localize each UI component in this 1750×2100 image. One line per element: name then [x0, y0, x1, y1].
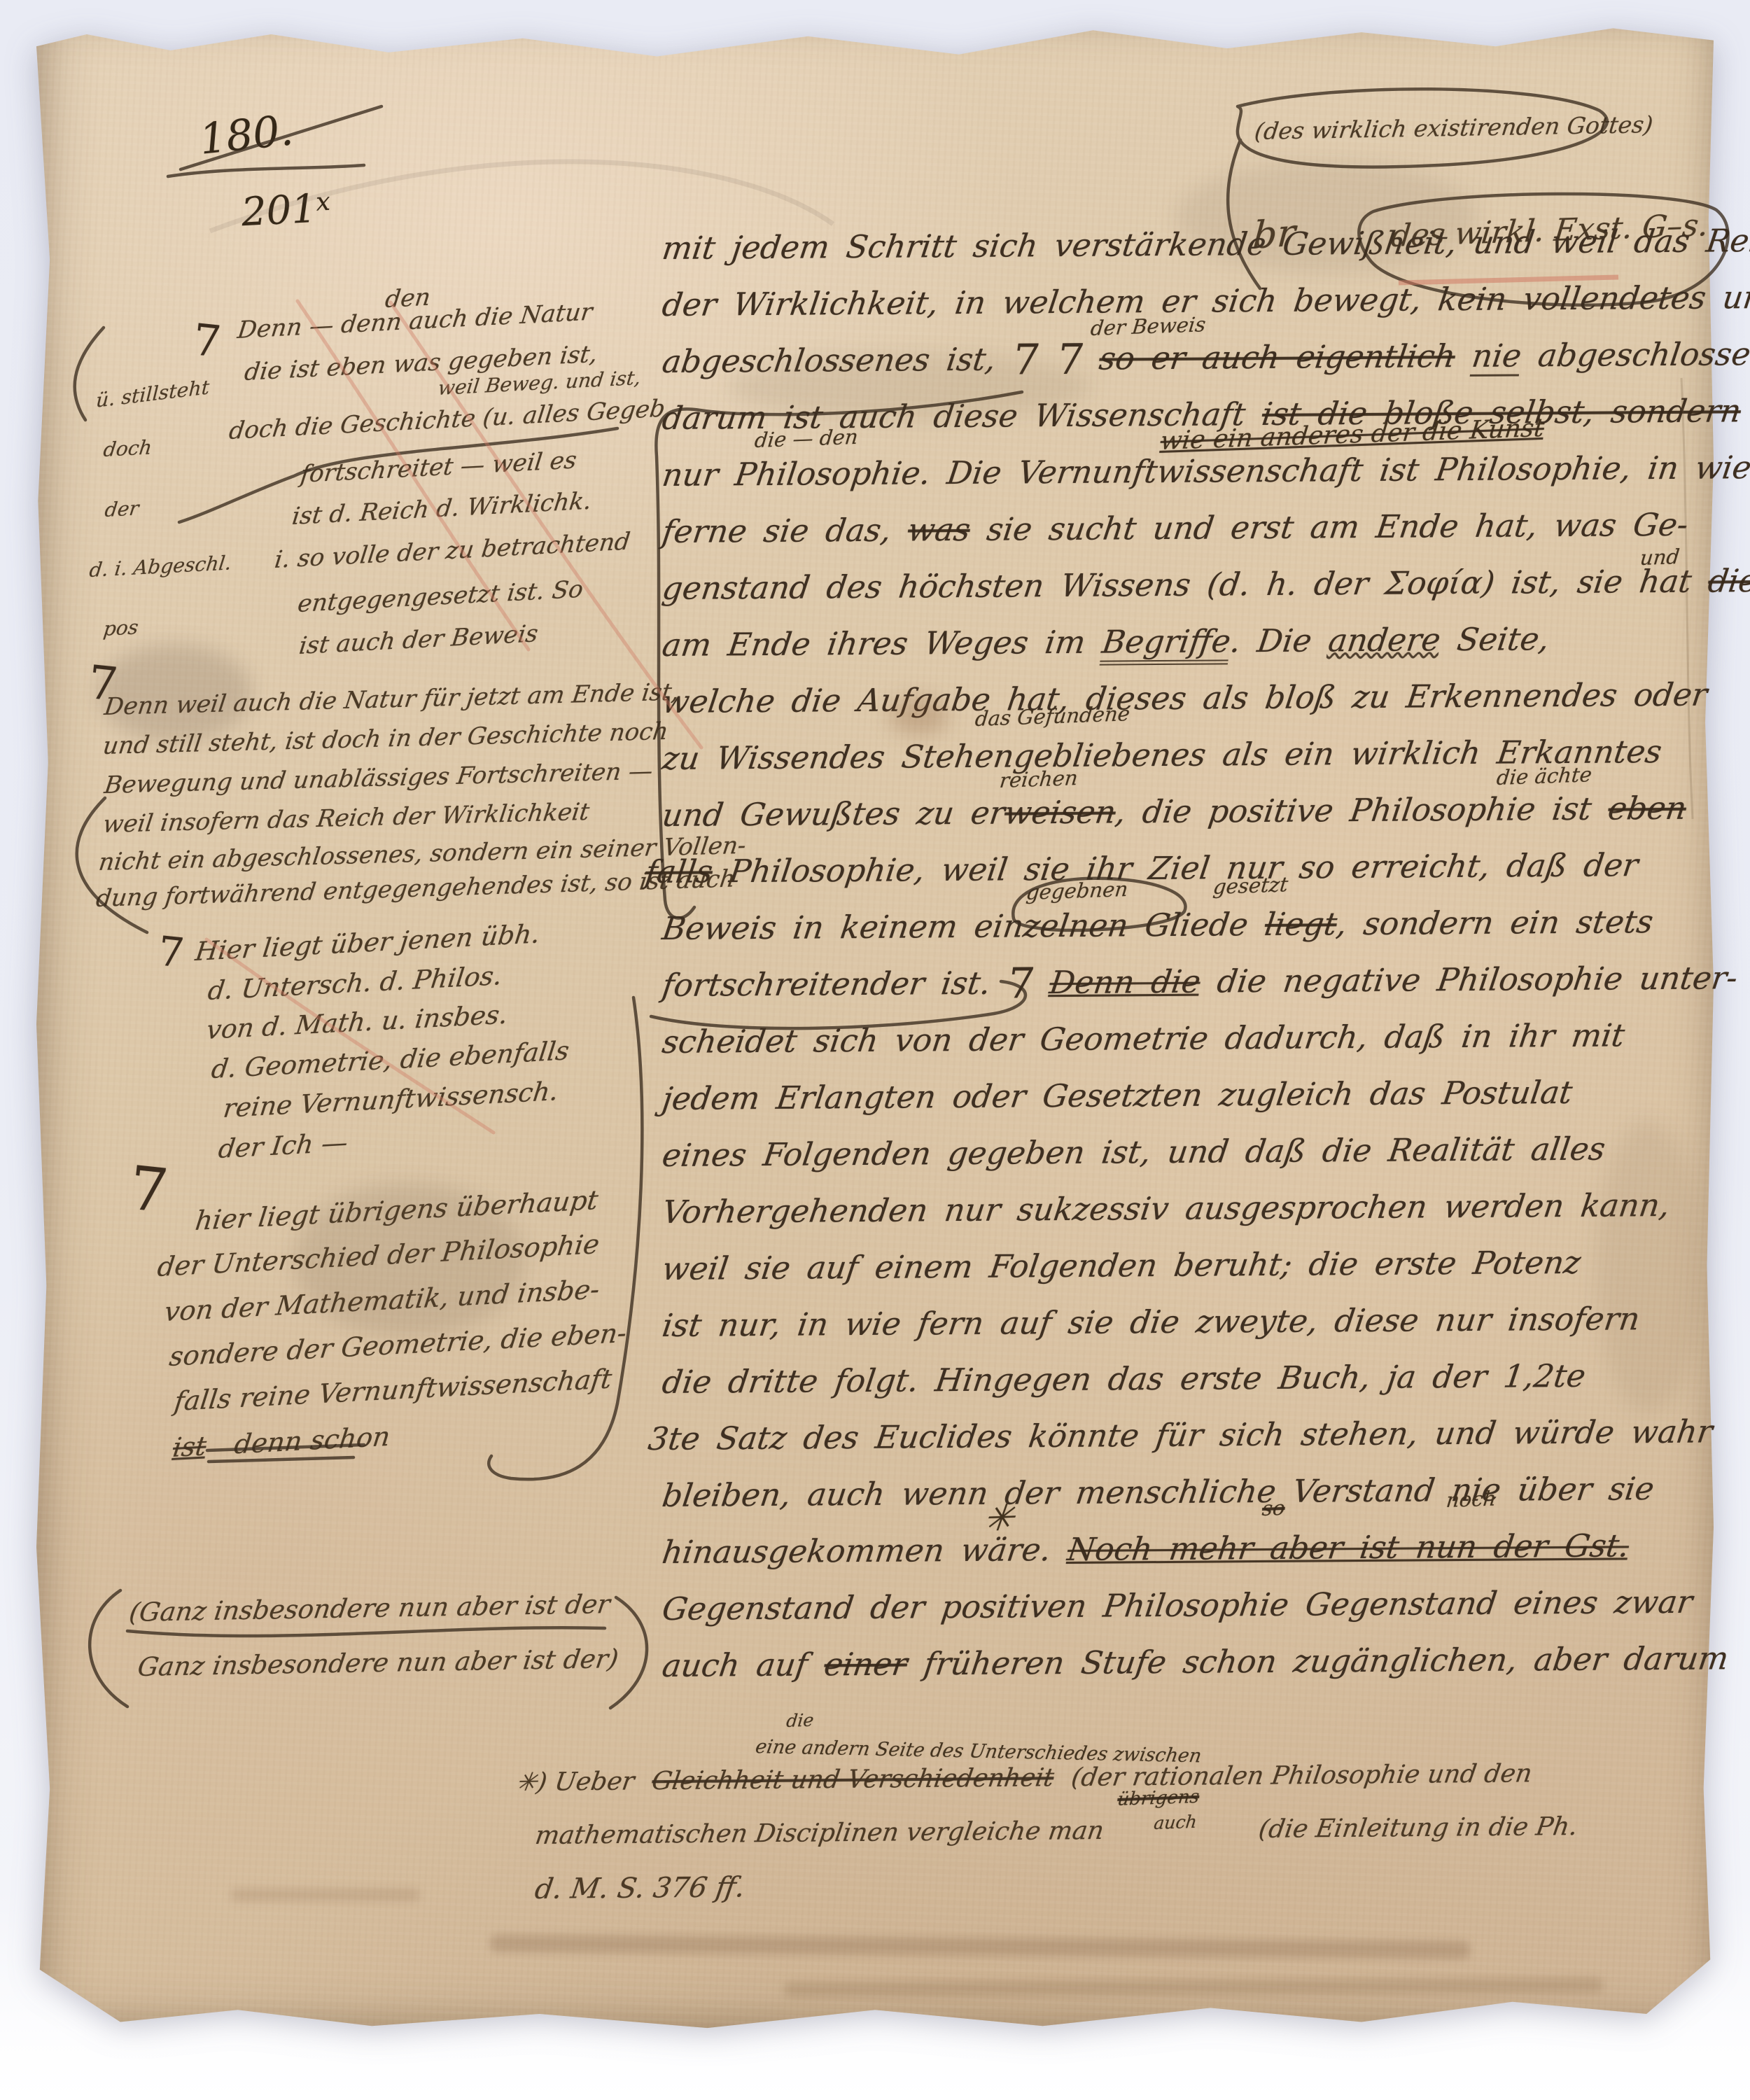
text-segment: Gliede [1142, 906, 1250, 944]
margin-note-line: (Ganz insbesondere nun aber ist der [127, 1589, 612, 1627]
main-text-line: fortschreitender ist. 7 Denn die die neg… [660, 959, 1740, 1004]
margin-note-line: Ganz insbesondere nun aber ist der) [136, 1644, 620, 1682]
main-text-line: und Gewußtes zu erweisen, die positive P… [660, 790, 1689, 834]
main-text-line: nur Philosophie. Die Vernunftwissenschaf… [660, 449, 1750, 493]
main-text-line: ist nur, in wie fern auf sie die zweyte,… [660, 1300, 1642, 1344]
text-segment: , die positive Philosophie ist [1113, 790, 1594, 831]
margin-note-line: Hier liegt über jenen übh. [194, 918, 542, 966]
text-segment: , sondern ein stets [1334, 903, 1655, 942]
margin-note-line: ist auch der Beweis [297, 619, 540, 660]
wavy-underlined-word: andere [1326, 621, 1443, 659]
text-segment: früheren Stufe schon zugänglichen, aber … [922, 1639, 1731, 1682]
interlinear-insert: reichen [998, 766, 1079, 792]
page-number-value: 201 [240, 186, 317, 236]
margin-note-line: ist d. Reich d. Wirklichk. [290, 487, 593, 531]
margin-note-line: doch die Geschichte (u. alles Gegeb. [227, 394, 674, 445]
footnote-line: d. M. S. 376 ff. [533, 1871, 747, 1905]
interlinear-insert: gesetzt [1212, 872, 1289, 899]
main-text-line: hinausgekommen wäre. Noch mehr aber ist … [660, 1527, 1632, 1571]
margin-note-line: falls reine Vernunftwissenschaft [173, 1364, 614, 1417]
smudge-streak [231, 1889, 420, 1901]
main-text-line: auch auf einer früheren Stufe schon zugä… [660, 1639, 1731, 1684]
margin-note-line: von d. Math. u. insbes. [205, 1000, 510, 1045]
smudge-streak [784, 1977, 1603, 1997]
struck-insert: so [1261, 1496, 1286, 1520]
interlinear-insert: auch [1153, 1812, 1198, 1833]
margin-note-line: d. Untersch. d. Philos. [206, 960, 504, 1006]
margin-side-word: doch [102, 435, 153, 461]
struck-insert: übrigens [1116, 1786, 1200, 1810]
text-segment: auch auf [660, 1646, 810, 1684]
text-segment: (der rationalen Philosophie und den [1070, 1759, 1534, 1792]
text-segment: genstand des höchsten Wissens (d. h. der… [660, 563, 1694, 607]
struck-segment: eben [1606, 790, 1688, 827]
main-text-line: Vorhergehenden nur sukzessiv ausgesproch… [660, 1186, 1672, 1231]
interlinear-insert: das Gefundene [974, 701, 1130, 731]
text-segment: (die Einleitung in die Ph. [1256, 1812, 1579, 1844]
main-text-line: welche die Aufgabe hat, dieses als bloß … [660, 676, 1709, 720]
main-text-line: genstand des höchsten Wissens (d. h. der… [660, 562, 1750, 607]
text-segment: sie sucht und erst am Ende hat, was Ge- [985, 506, 1690, 548]
interlinear-insert: die ächte [1495, 762, 1592, 790]
struck-segment: liegt [1263, 905, 1339, 943]
text-segment: mathematischen Disciplinen vergleiche ma… [533, 1816, 1106, 1850]
text-segment: die negative Philosophie unter- [1215, 959, 1740, 1000]
struck-segment: Noch mehr aber ist nun der Gst. [1065, 1527, 1632, 1568]
main-text-line: bleiben, auch wenn der menschliche Verst… [660, 1470, 1656, 1514]
margin-note-line: d. Geometrie, die ebenfalls [210, 1035, 571, 1084]
struck-segment: was [906, 511, 973, 549]
margin-note-line: weil insofern das Reich der Wirklichkeit [101, 798, 591, 839]
struck-segment: dieses [1706, 562, 1750, 600]
struck-segment: so er auch eigentlich [1097, 337, 1457, 377]
main-text-line: Gegenstand der positiven Philosophie Geg… [660, 1583, 1695, 1627]
stain [889, 696, 948, 735]
page-number-old: 180. [197, 106, 295, 164]
footnote-anchor-mark: ✳ [981, 1497, 1016, 1539]
main-text-line: scheidet sich von der Geometrie dadurch,… [660, 1016, 1627, 1060]
margin-note-line: entgegengesetzt ist. So [296, 575, 584, 618]
margin-side-word: ü. stillsteht [95, 376, 210, 412]
margin-note-line: der Ich — [217, 1127, 350, 1164]
text-segment: fortschreitender ist. [660, 965, 993, 1004]
text-segment: Philosophie, weil sie ihr Ziel nur so er… [727, 846, 1641, 890]
text-segment: abgeschlossen, und [1536, 335, 1750, 374]
main-text-line: ferne sie das, was sie sucht und erst am… [660, 506, 1690, 550]
main-text-line: jedem Erlangten oder Gesetzten zugleich … [660, 1074, 1575, 1117]
page-number-current: 201x [240, 185, 331, 236]
margin-note-line: ist denn schon [171, 1421, 392, 1463]
main-text-line: am Ende ihres Weges im Begriffe. Die and… [660, 620, 1552, 664]
main-text-line: Beweis in keinem einzelnen Gliede liegt,… [660, 903, 1655, 947]
interlinear-insert: und [1639, 545, 1681, 570]
struck-segment: Denn die [1047, 963, 1203, 1001]
double-underlined-word: Begriffe [1099, 622, 1233, 665]
header-circled-note: (des wirklich existirenden Gottes) [1253, 111, 1654, 145]
margin-note-line: fortschreitet — weil es [299, 447, 578, 489]
main-text-line: 3te Satz des Euclides könnte für sich st… [646, 1413, 1715, 1457]
insertion-mark: 7 [190, 314, 223, 367]
text-segment: und Gewußtes zu er [660, 794, 1007, 834]
main-text-line: weil sie auf einem Folgenden beruht; die… [660, 1244, 1583, 1287]
footnote-line: mathematischen Disciplinen vergleiche ma… [533, 1812, 1580, 1850]
interlinear-insert: der Beweis [1089, 312, 1207, 340]
margin-side-word: d. i. Abgeschl. [88, 551, 233, 581]
text-segment: am Ende ihres Weges im [660, 624, 1088, 664]
insertion-mark: 7 [156, 927, 187, 976]
text-segment: ferne sie das, [660, 512, 894, 550]
main-text-line: die dritte folgt. Hingegen das erste Buc… [660, 1357, 1588, 1401]
stain [728, 353, 1092, 420]
stain [98, 644, 252, 742]
stain [1596, 1120, 1701, 1414]
struck-segment: ist [171, 1431, 209, 1463]
smudge-streak [490, 1934, 1470, 1959]
interlinear-insert: noch [1445, 1487, 1497, 1512]
text-segment: denn schon [232, 1421, 392, 1459]
footnote-mark: ✳) Ueber [514, 1767, 636, 1797]
struck-segment: weisen [1002, 793, 1118, 831]
text-segment: Seite, [1455, 620, 1551, 658]
stain [294, 1183, 525, 1337]
margin-side-word: der [104, 496, 140, 521]
struck-segment: einer [822, 1646, 909, 1683]
insertion-mark: 7 [126, 1153, 171, 1226]
insertion-mark: 7 [1004, 959, 1036, 1008]
margin-note-line: reine Vernunftwissensch. [222, 1076, 560, 1123]
main-text-line: eines Folgenden gegeben ist, und daß die… [660, 1130, 1608, 1174]
margin-side-word: pos [102, 615, 140, 640]
struck-segment: Gleichheit und Verschiedenheit [650, 1763, 1056, 1795]
interlinear-insert: die — den [753, 425, 859, 452]
margin-note-line: Bewegung und unablässiges Fortschreiten … [103, 757, 654, 799]
footnote-line: ✳) Ueber Gleichheit und Verschiedenheit … [514, 1759, 1534, 1797]
stain [1176, 161, 1477, 273]
interlinear-insert: die [785, 1710, 815, 1731]
interlinear-insert: gegebnen [1025, 877, 1129, 904]
main-text-line: falls Philosophie, weil sie ihr Ziel nur… [643, 846, 1640, 890]
underlined-word: nie [1469, 337, 1524, 376]
margin-note-line: i. so volle der zu betrachtend [273, 528, 632, 574]
text-segment: . Die [1228, 622, 1314, 660]
page-number-mark: x [315, 188, 330, 217]
text-segment: Beweis in keinem einzelnen [660, 906, 1130, 947]
